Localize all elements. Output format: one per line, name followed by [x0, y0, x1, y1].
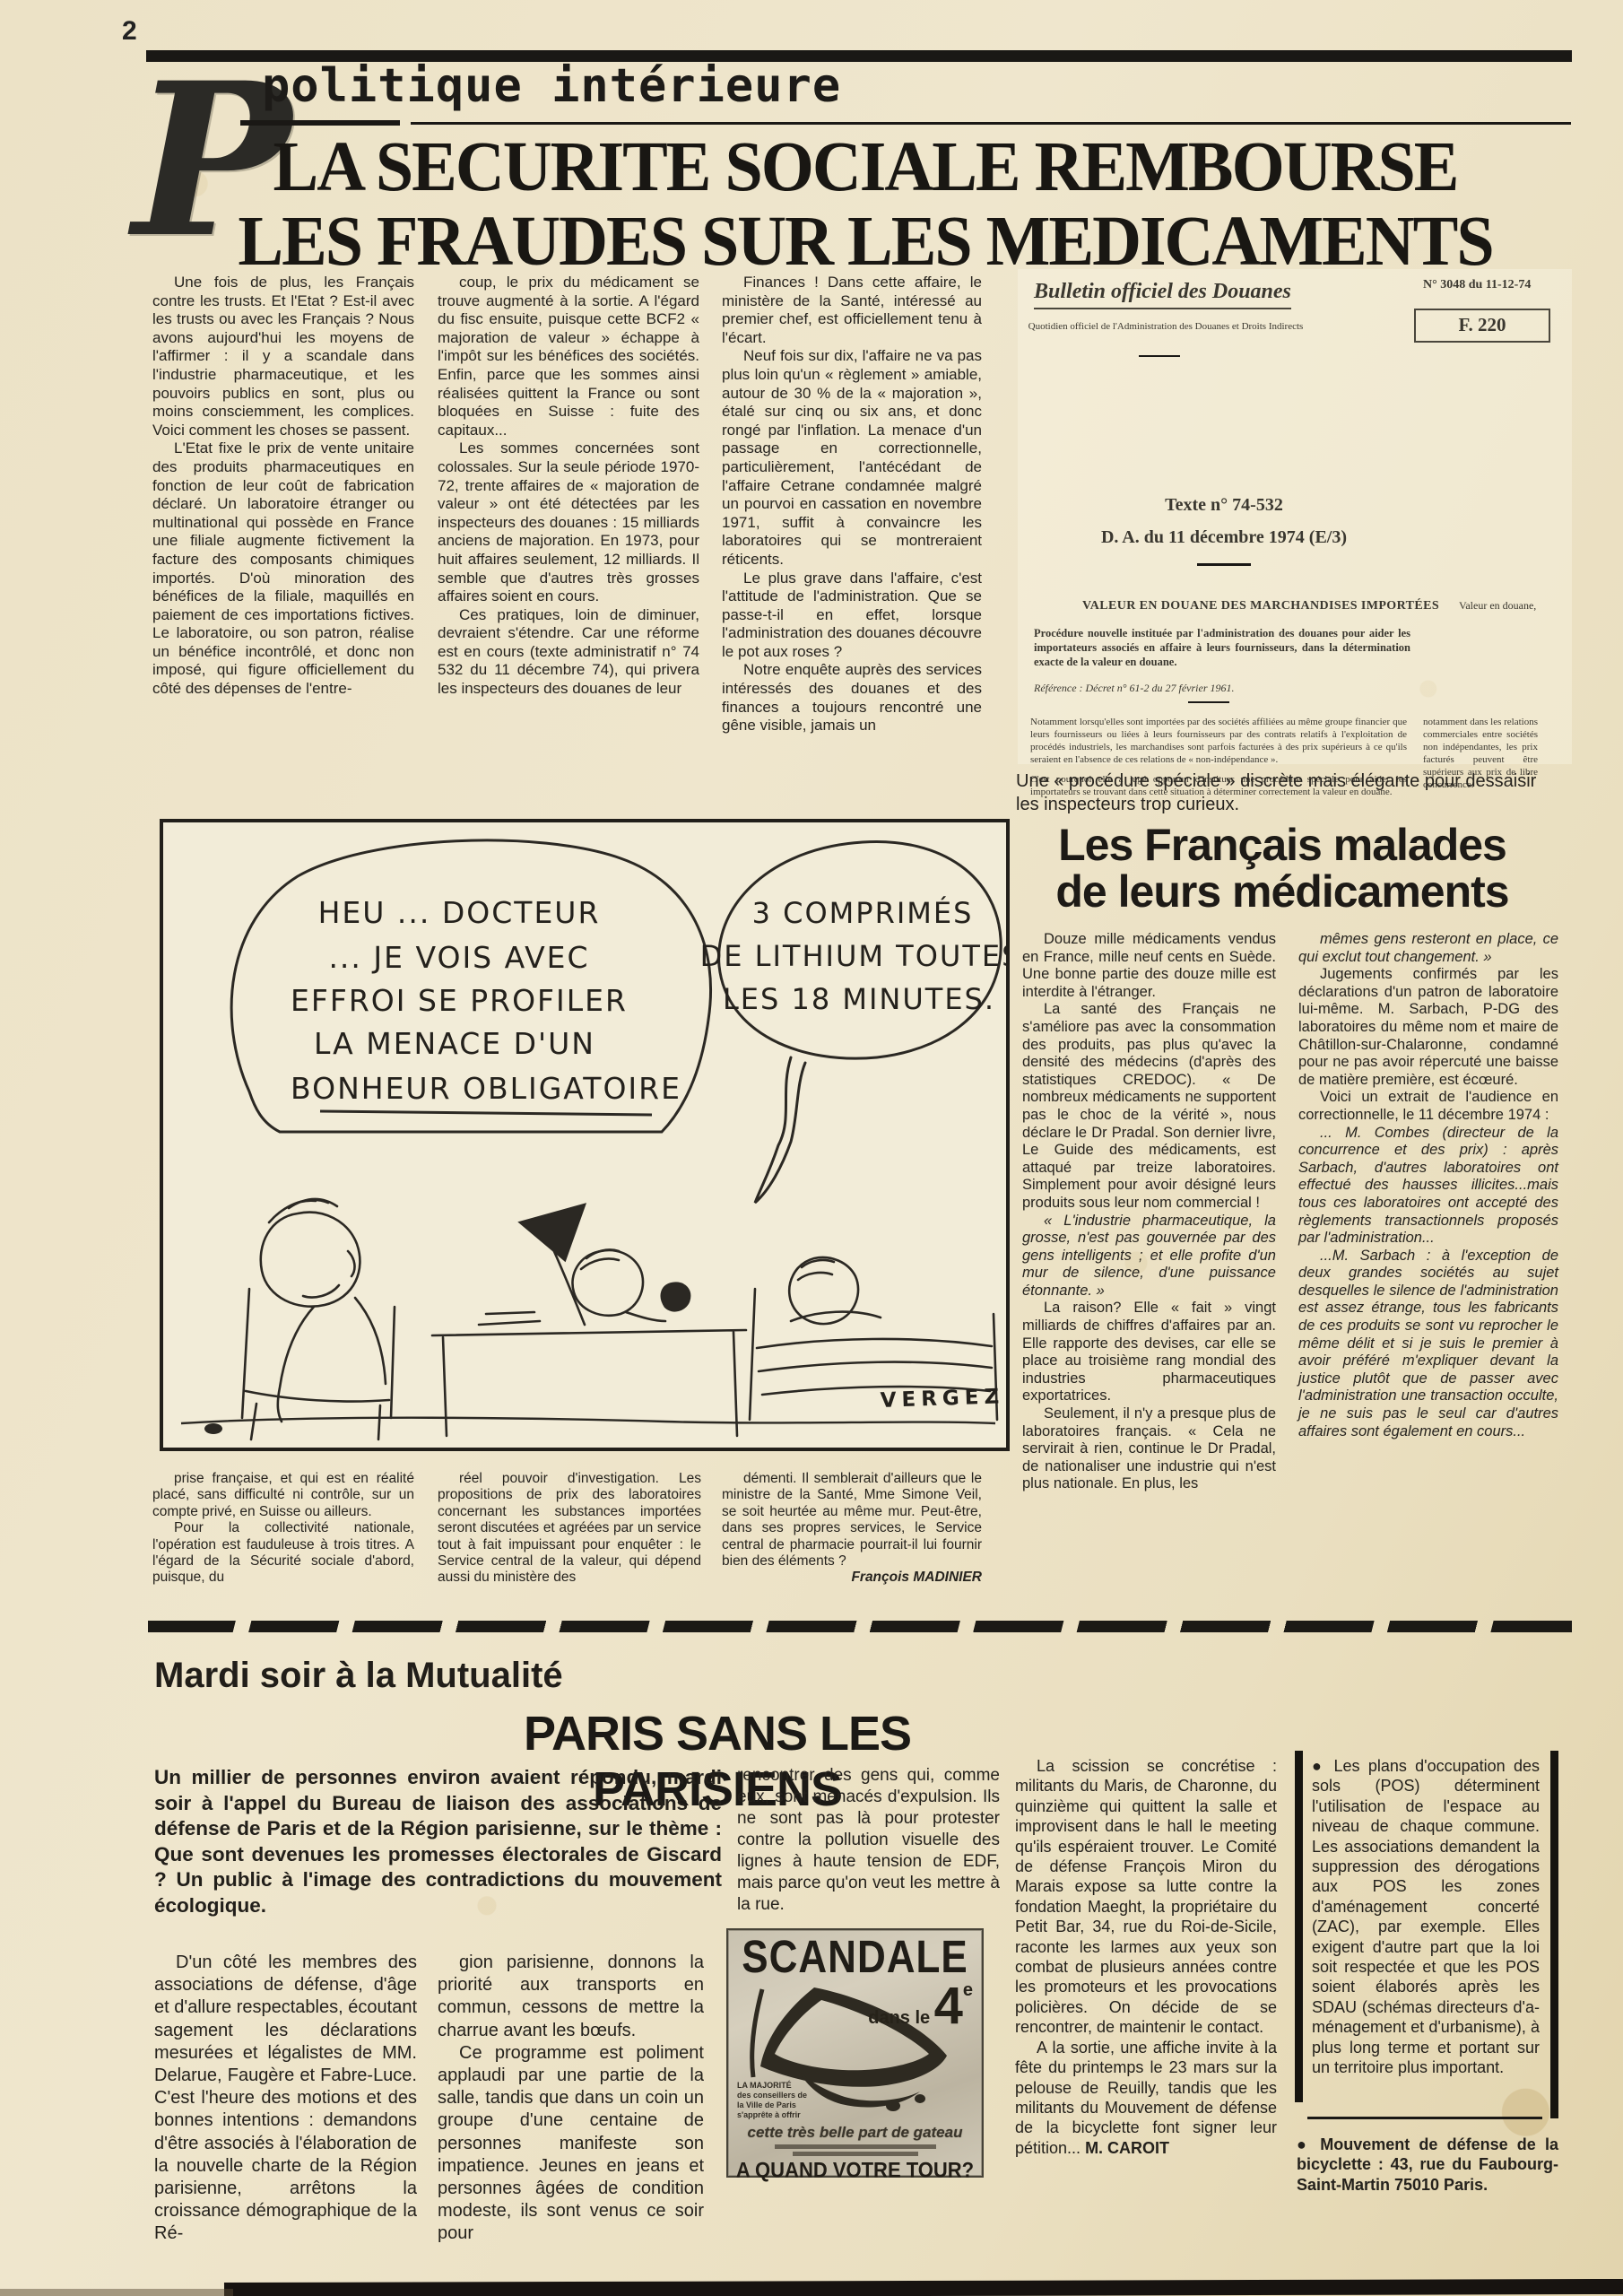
mutualite-side-column: rencontrer des gens qui, comme eux, sont…	[737, 1765, 1000, 1916]
article-column-2: coup, le prix du médicament se trouve au…	[438, 274, 699, 699]
bulletin-heading-right: Valeur en douane,	[1459, 599, 1567, 613]
paragraph: Le plus grave dans l'affaire, c'est l'at…	[722, 570, 982, 662]
paragraph: ...M. Sarbach : à l'exception de deux gr…	[1298, 1248, 1558, 1441]
poster-small-line: s'apprête à offrir	[737, 2110, 820, 2120]
scan-edge-shadow	[0, 2289, 233, 2296]
paragraph: prise française, et qui est en réalité p…	[152, 1471, 414, 1520]
bubble1-line: EFFROI SE PROFILER	[291, 983, 628, 1018]
title-underline-thin	[411, 122, 1571, 125]
bubble1-line: HEU ... DOCTEUR	[318, 895, 601, 930]
bubble2-line: DE LITHIUM TOUTES	[700, 939, 1006, 973]
health-article-column-a: Douze mille médicaments vendus en France…	[1022, 931, 1276, 1493]
bubble1-line: ... JE VOIS AVEC	[328, 940, 589, 975]
poster-small-line: LA MAJORITÉ	[737, 2081, 820, 2091]
patient-figure	[242, 1199, 395, 1439]
headline-line1: LA SECURITE SOCIALE REMBOURSE	[206, 131, 1524, 204]
newspaper-page: 2 P politique intérieure LA SECURITE SOC…	[0, 0, 1623, 2296]
mutualite-lead: Un millier de personnes environ avaient …	[154, 1765, 722, 1918]
pos-note: ● Les plans d'occupation des sols (POS) …	[1312, 1756, 1540, 2078]
pos-note-rule	[1307, 2117, 1542, 2119]
mutualite-column-3: La scission se concrétise : militants du…	[1015, 1756, 1277, 2158]
paragraph: Finances ! Dans cette affaire, le minist…	[722, 274, 982, 347]
health-article-headline: Les Français malades de leurs médicament…	[1031, 822, 1533, 915]
bubble2-line: LES 18 MINUTES.	[723, 982, 995, 1016]
mutualite-column-1: D'un côté les membres des associations d…	[154, 1952, 417, 2246]
bulletin-date-line: D. A. du 11 décembre 1974 (E/3)	[1018, 527, 1430, 548]
health-headline-line2: de leurs médicaments	[1031, 868, 1533, 915]
document-caption: Une « procédure spéciale » discrète mais…	[1016, 770, 1552, 816]
bulletin-texte-number: Texte n° 74-532	[1018, 495, 1430, 516]
paragraph: « L'industrie pharmaceutique, la grosse,…	[1022, 1213, 1276, 1300]
paragraph: démenti. Il semblerait d'ailleurs que le…	[722, 1471, 982, 1570]
bullet-icon: ●	[1297, 2135, 1311, 2153]
article-column-1-cont: prise française, et qui est en réalité p…	[152, 1471, 414, 1587]
article-column-2-cont: réel pouvoir d'investigation. Les propos…	[438, 1471, 701, 1587]
poster-illegible-lines	[735, 2144, 975, 2156]
poster-bottom-text: A QUAND VOTRE TOUR?	[735, 2158, 975, 2184]
paragraph: Les sommes concernées sont colossales. S…	[438, 439, 699, 605]
poster-sub1: dans le	[868, 2008, 930, 2028]
poster-mid-text: cette très belle part de gateau	[735, 2124, 975, 2142]
mutualite-byline: M. CAROIT	[1085, 2139, 1169, 2157]
paragraph: La scission se concrétise : militants du…	[1015, 1756, 1277, 2038]
paragraph: La raison? Elle « fait » vingt milliards…	[1022, 1300, 1276, 1405]
paragraph: gion parisienne, donnons la priorité aux…	[438, 1952, 704, 2042]
cartoonist-signature: VERGEZ	[880, 1385, 1004, 1413]
mutualite-column-2: gion parisienne, donnons la priorité aux…	[438, 1952, 704, 2246]
poster-small-line: des conseillers de	[737, 2091, 820, 2100]
bulletin-folio-box: F. 220	[1414, 309, 1550, 343]
main-headline: LA SECURITE SOCIALE REMBOURSE LES FRAUDE…	[206, 131, 1524, 274]
scandale-poster: SCANDALE dans le 4e LA MAJORITÉ des cons…	[726, 1928, 984, 2178]
bulletin-dash2	[1197, 563, 1251, 566]
paragraph: coup, le prix du médicament se trouve au…	[438, 274, 699, 439]
paragraph: Seulement, il n'y a presque plus de labo…	[1022, 1405, 1276, 1493]
pos-box-left-bar	[1295, 1751, 1303, 2102]
bubble1-line: LA MENACE D'UN	[314, 1026, 595, 1061]
health-headline-line1: Les Français malades	[1031, 822, 1533, 868]
section-divider	[148, 1621, 1572, 1632]
poster-sub2-sup: e	[963, 1980, 973, 2000]
paragraph: Douze mille médicaments vendus en France…	[1022, 931, 1276, 1001]
health-article-column-b: mêmes gens resteront en place, ce qui ex…	[1298, 931, 1558, 1440]
bulletin-dash3	[1188, 701, 1229, 703]
paragraph: Pour la collectivité nationale, l'opérat…	[152, 1520, 414, 1587]
bullet-icon: ●	[1312, 1757, 1325, 1775]
cartoon-drawing: HEU ... DOCTEUR ... JE VOIS AVEC EFFROI …	[163, 822, 1006, 1448]
paragraph: mêmes gens resteront en place, ce qui ex…	[1298, 931, 1558, 966]
bulletin-issue-number: N° 3048 du 11-12-74	[1423, 278, 1531, 292]
paragraph: ... M. Combes (directeur de la concurren…	[1298, 1125, 1558, 1248]
paragraph: Voici un extrait de l'audience en correc…	[1298, 1089, 1558, 1124]
headline-line2: LES FRAUDES SUR LES MEDICAMENTS	[206, 205, 1524, 278]
article-column-3: Finances ! Dans cette affaire, le minist…	[722, 274, 982, 735]
paragraph: L'Etat fixe le prix de vente unitaire de…	[152, 439, 414, 698]
scan-edge-strip	[224, 2279, 1623, 2296]
paragraph: La santé des Français ne s'améliore pas …	[1022, 1001, 1276, 1212]
bulletin-reference: Référence : Décret n° 61-2 du 27 février…	[1034, 682, 1235, 695]
bulletin-subtitle: Quotidien officiel de l'Administration d…	[1018, 321, 1314, 333]
paragraph: Neuf fois sur dix, l'affaire ne va pas p…	[722, 347, 982, 569]
paragraph: réel pouvoir d'investigation. Les propos…	[438, 1471, 701, 1587]
bicycle-note: ● Mouvement de défense de la bicyclette …	[1297, 2135, 1558, 2195]
doctor-desk	[432, 1205, 746, 1436]
bulletin-abstract: Procédure nouvelle instituée par l'admin…	[1034, 626, 1410, 669]
paragraph: D'un côté les membres des associations d…	[154, 1952, 417, 2246]
paragraph: Notre enquête auprès des services intére…	[722, 661, 982, 735]
kicker: Mardi soir à la Mutualité	[154, 1656, 563, 1696]
paragraph: Ce programme est poliment applaudi par u…	[438, 2042, 704, 2246]
article-byline: François MADINIER	[722, 1570, 982, 1586]
bubble1-line: BONHEUR OBLIGATOIRE	[291, 1071, 681, 1106]
poster-small-line: la Ville de Paris	[737, 2100, 820, 2110]
customs-bulletin-facsimile: Bulletin officiel des Douanes Quotidien …	[1018, 269, 1572, 764]
paragraph: Jugements confirmés par les déclarations…	[1298, 966, 1558, 1089]
title-underline-thick	[240, 120, 400, 126]
article-column-1: Une fois de plus, les Français contre le…	[152, 274, 414, 699]
bulletin-dash	[1139, 355, 1180, 357]
bulletin-heading: VALEUR EN DOUANE DES MARCHANDISES IMPORT…	[1082, 599, 1441, 613]
section-title: politique intérieure	[262, 59, 841, 113]
paragraph: Ces pratiques, loin de diminuer, devraie…	[438, 606, 699, 699]
bulletin-body-1: Notamment lorsqu'elles sont importées pa…	[1030, 716, 1407, 766]
editorial-cartoon: HEU ... DOCTEUR ... JE VOIS AVEC EFFROI …	[160, 819, 1010, 1451]
poster-sub2: 4	[934, 1977, 963, 2035]
bubble2-line: 3 COMPRIMÉS	[752, 896, 974, 930]
paragraph: Une fois de plus, les Français contre le…	[152, 274, 414, 439]
bulletin-masthead: Bulletin officiel des Douanes	[1034, 280, 1291, 309]
article-column-3-cont: démenti. Il semblerait d'ailleurs que le…	[722, 1471, 982, 1587]
pos-box-right-bar	[1550, 1751, 1558, 2118]
paragraph: A la sortie, une affiche invite à la fêt…	[1015, 2038, 1277, 2158]
